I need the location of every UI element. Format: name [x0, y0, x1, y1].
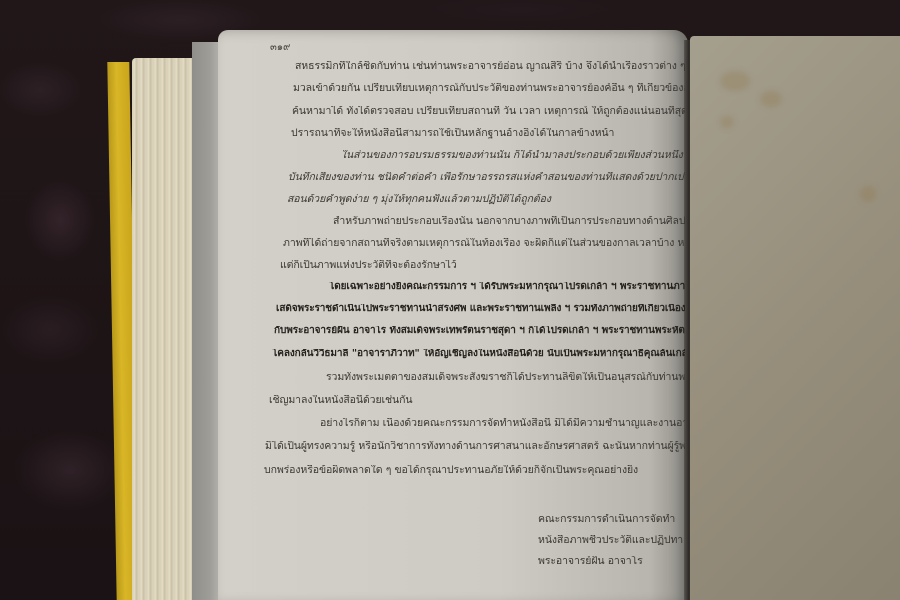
- text-line: โคลงกลั้นวิวิธมาลี "อาจาราภิวาท" ให้อัญเ…: [272, 349, 685, 359]
- text-line: อย่างไรก็ตาม เนื่องด้วยคณะกรรมการจัดทำหน…: [320, 418, 685, 429]
- text-line: บกพร่องหรือข้อผิดพลาดใด ๆ ขอได้กรุณาประท…: [264, 465, 685, 476]
- text-line: ภาพที่ได้ถ่ายจากสถานที่จริงตามเหตุการณ์ใ…: [283, 238, 685, 249]
- text-line: ปรารถนาที่จะให้หนังสือนี้สามารถใช้เป็นหล…: [291, 128, 685, 139]
- text-line: สอนด้วยคำพูดง่าย ๆ มุ่งให้ทุกคนฟังแล้วตา…: [287, 194, 685, 205]
- text-line: ค้นหามาได้ ทั้งได้ตรวจสอบ เปรียบเทียบสถา…: [292, 106, 685, 117]
- signature-line: หนังสือภาพชีวประวัติและปฏิปทา: [538, 535, 683, 546]
- text-line: เชิญมาลงในหนังสือนี้ด้วยเช่นกัน: [269, 395, 685, 406]
- text-line: บันทึกเสียงของท่าน ชนิดคำต่อคำ เพื่อรักษ…: [288, 172, 685, 183]
- text-line: สำหรับภาพถ่ายประกอบเรื่องนั้น นอกจากบางภ…: [333, 216, 685, 227]
- text-line: ในส่วนของการอบรมธรรมของท่านนั้น ก็ได้นำม…: [341, 150, 685, 161]
- page-number: ๓๑๙: [270, 43, 290, 53]
- open-book: ๓๑๙ สหธรรมิกที่ใกล้ชิดกับท่าน เช่นท่านพร…: [0, 0, 900, 600]
- right-page-blank: [690, 36, 900, 600]
- text-line: มิได้เป็นผู้ทรงความรู้ หรือนักวิชาการทั้…: [265, 441, 685, 452]
- book-page-edges: [132, 58, 194, 600]
- text-line: มวลเข้าด้วยกัน เปรียบเทียบเหตุการณ์กับปร…: [293, 83, 685, 94]
- signature-line: พระอาจารย์ฝั้น อาจาโร: [538, 556, 643, 567]
- text-line: กับพระอาจารย์ฝั้น อาจาโร ทั้งสมเด็จพระเท…: [274, 326, 685, 336]
- text-line: โดยเฉพาะอย่างยิ่งคณะกรรมการ ฯ ได้รับพระม…: [329, 282, 685, 292]
- signature-line: คณะกรรมการดำเนินการจัดทำ: [538, 514, 675, 525]
- text-line: เสด็จพระราชดำเนินไปพระราชทานน้ำสรงศพ และ…: [276, 304, 685, 314]
- text-line: รวมทั้งพระเมตตาของสมเด็จพระสังฆราชก็ได้ป…: [326, 372, 685, 383]
- text-line: แต่ก็เป็นภาพแห่งประวัติที่จะต้องรักษาไว้: [280, 260, 685, 271]
- text-line: สหธรรมิกที่ใกล้ชิดกับท่าน เช่นท่านพระอาจ…: [295, 61, 685, 72]
